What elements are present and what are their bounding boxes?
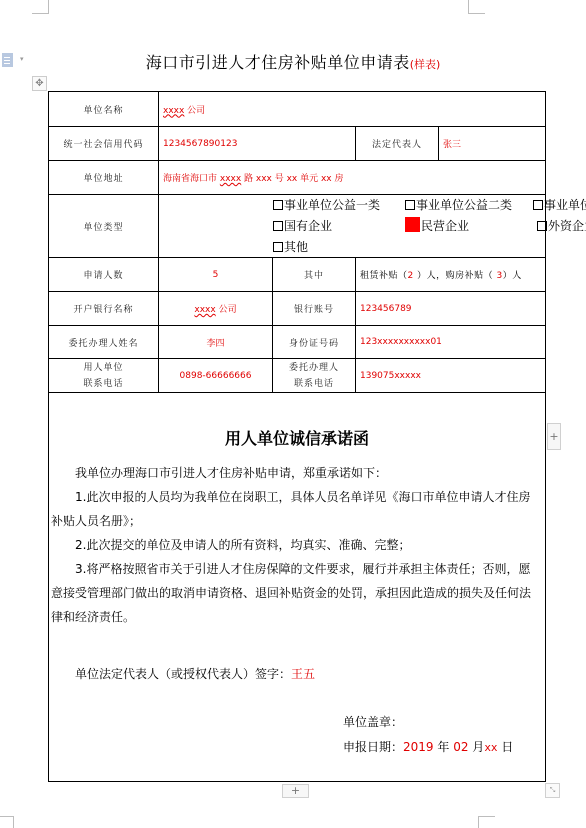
option-other[interactable]: 其他 — [273, 237, 308, 258]
address-suffix: 路 xxx 号 xx 单元 xx 房 — [241, 174, 343, 184]
report-date: 申报日期：2019 年 02 月xx 日 — [343, 738, 513, 755]
legal-rep-label: 法定代表人 — [356, 127, 439, 161]
unit-name-prefix: xxxx — [163, 106, 184, 116]
buy-label: ）人，购房补贴（ — [414, 271, 497, 281]
document-title: 海口市引进人才住房补贴单位申请表(样表) — [0, 50, 586, 73]
row-applicants: 申请人数 5 其中 租赁补贴（2 ）人，购房补贴（ 3）人 — [49, 258, 546, 292]
page-corner-mark — [468, 0, 485, 14]
option-foreign[interactable]: 外资企业 — [537, 216, 586, 237]
credit-code-value[interactable]: 1234567890123 — [159, 127, 356, 161]
option-label: 外资企业 — [548, 219, 586, 233]
breakdown-value[interactable]: 租赁补贴（2 ）人，购房补贴（ 3）人 — [356, 258, 546, 292]
row-phones: 用人单位联系电话 0898-66666666 委托办理人联系电话 139075x… — [49, 359, 546, 393]
add-row-button[interactable]: + — [282, 784, 309, 798]
integrity-letter: 用人单位诚信承诺函 我单位办理海口市引进人才住房补贴申请，郑重承诺如下： 1.此… — [49, 393, 546, 782]
option-public-welfare-2[interactable]: 事业单位公益二类 — [405, 195, 512, 216]
unit-name-label: 单位名称 — [49, 92, 159, 127]
checkbox-icon[interactable] — [273, 242, 283, 252]
agent-phone-label-line1: 委托办理人 — [277, 360, 351, 376]
breakdown-label: 其中 — [273, 258, 356, 292]
stamp-label: 单位盖章： — [343, 713, 403, 730]
page-corner-mark — [32, 0, 49, 14]
option-label: 民营企业 — [421, 219, 469, 233]
agent-phone-label: 委托办理人联系电话 — [273, 359, 356, 393]
option-private[interactable]: 民营企业 — [405, 216, 469, 237]
agent-phone-label-line2: 联系电话 — [277, 376, 351, 392]
add-column-button[interactable]: + — [547, 423, 561, 450]
bank-name-label: 开户银行名称 — [49, 292, 159, 326]
option-label: 事业单位公益一类 — [284, 198, 380, 212]
date-month[interactable]: 02 — [453, 740, 468, 754]
unit-type-label: 单位类型 — [49, 195, 159, 258]
agent-name-value[interactable]: 李四 — [159, 326, 273, 359]
address-value[interactable]: 海南省海口市 xxxx 路 xxx 号 xx 单元 xx 房 — [159, 161, 546, 195]
year-unit: 年 — [434, 740, 454, 754]
letter-intro: 我单位办理海口市引进人才住房补贴申请，郑重承诺如下： — [51, 461, 540, 485]
row-bank: 开户银行名称 xxxx 公司 银行账号 123456789 — [49, 292, 546, 326]
id-number-value[interactable]: 123xxxxxxxxxx01 — [356, 326, 546, 359]
bank-account-value[interactable]: 123456789 — [356, 292, 546, 326]
letter-item-2: 2.此次提交的单位及申请人的所有资料，均真实、准确、完整； — [51, 533, 540, 557]
row-letter: 用人单位诚信承诺函 我单位办理海口市引进人才住房补贴申请，郑重承诺如下： 1.此… — [49, 393, 546, 782]
unit-phone-label: 用人单位联系电话 — [49, 359, 159, 393]
applicants-label: 申请人数 — [49, 258, 159, 292]
option-public-welfare-1[interactable]: 事业单位公益一类 — [273, 195, 380, 216]
address-prefix: 海南省海口市 — [163, 174, 220, 184]
checkbox-icon[interactable] — [273, 200, 283, 210]
signature-label: 单位法定代表人（或授权代表人）签字： — [75, 667, 291, 681]
option-state-owned[interactable]: 国有企业 — [273, 216, 332, 237]
row-credit-code: 统一社会信用代码 1234567890123 法定代表人 张三 — [49, 127, 546, 161]
table-move-handle-icon[interactable]: ✥ — [32, 76, 47, 91]
unit-phone-value[interactable]: 0898-66666666 — [159, 359, 273, 393]
address-street: xxxx — [220, 174, 241, 184]
letter-title: 用人单位诚信承诺函 — [49, 426, 545, 449]
unit-phone-label-line2: 联系电话 — [53, 376, 154, 392]
letter-item-3: 3.将严格按照省市关于引进人才住房保障的文件要求，履行并承担主体责任；否则，愿意… — [51, 557, 540, 629]
checkbox-icon[interactable] — [533, 200, 543, 210]
month-unit: 月 — [468, 740, 484, 754]
checkbox-icon[interactable] — [537, 221, 547, 231]
checkbox-checked-icon[interactable] — [405, 217, 420, 232]
agent-name-label: 委托办理人姓名 — [49, 326, 159, 359]
credit-code-label: 统一社会信用代码 — [49, 127, 159, 161]
date-day[interactable]: xx — [484, 741, 497, 754]
bank-name-prefix: xxxx — [194, 305, 215, 315]
checkbox-icon[interactable] — [405, 200, 415, 210]
unit-name-suffix: 公司 — [184, 106, 205, 116]
bank-account-label: 银行账号 — [273, 292, 356, 326]
table-resize-icon[interactable]: ⤡ — [545, 783, 560, 798]
signature-value[interactable]: 王五 — [291, 667, 315, 681]
option-label: 其他 — [284, 240, 308, 254]
date-label: 申报日期： — [343, 740, 403, 754]
rent-label: 租赁补贴（ — [360, 271, 408, 281]
row-unit-name: 单位名称 xxxx 公司 — [49, 92, 546, 127]
bank-name-value[interactable]: xxxx 公司 — [159, 292, 273, 326]
unit-type-options: 事业单位公益一类 事业单位公益二类 事业单位生产经营类 国有企业 民营企业 外资… — [159, 195, 546, 258]
letter-item-1: 1.此次申报的人员均为我单位在岗职工，具体人员名单详见《海口市单位申请人才住房补… — [51, 485, 540, 533]
title-text: 海口市引进人才住房补贴单位申请表 — [146, 53, 410, 72]
row-address: 单位地址 海南省海口市 xxxx 路 xxx 号 xx 单元 xx 房 — [49, 161, 546, 195]
page-corner-mark — [0, 816, 14, 828]
option-label: 事业单位生产经营类 — [544, 198, 586, 212]
bank-name-suffix: 公司 — [216, 305, 237, 315]
date-year[interactable]: 2019 — [403, 740, 434, 754]
letter-body: 我单位办理海口市引进人才住房补贴申请，郑重承诺如下： 1.此次申报的人员均为我单… — [49, 461, 545, 629]
legal-rep-value[interactable]: 张三 — [439, 127, 546, 161]
applicants-value[interactable]: 5 — [159, 258, 273, 292]
page-corner-mark — [478, 816, 495, 828]
unit-name-value[interactable]: xxxx 公司 — [159, 92, 546, 127]
buy-suffix: ）人 — [503, 271, 522, 281]
row-unit-type: 单位类型 事业单位公益一类 事业单位公益二类 事业单位生产经营类 国有企业 民营… — [49, 195, 546, 258]
option-production[interactable]: 事业单位生产经营类 — [533, 195, 586, 216]
id-number-label: 身份证号码 — [273, 326, 356, 359]
unit-phone-label-line1: 用人单位 — [53, 360, 154, 376]
checkbox-icon[interactable] — [273, 221, 283, 231]
option-label: 事业单位公益二类 — [416, 198, 512, 212]
address-label: 单位地址 — [49, 161, 159, 195]
agent-phone-value[interactable]: 139075xxxxx — [356, 359, 546, 393]
option-label: 国有企业 — [284, 219, 332, 233]
signature-line: 单位法定代表人（或授权代表人）签字：王五 — [75, 665, 315, 682]
application-form-table: 单位名称 xxxx 公司 统一社会信用代码 1234567890123 法定代表… — [48, 91, 546, 782]
row-agent: 委托办理人姓名 李四 身份证号码 123xxxxxxxxxx01 — [49, 326, 546, 359]
day-unit: 日 — [498, 740, 514, 754]
title-sample-tag: (样表) — [410, 58, 441, 71]
